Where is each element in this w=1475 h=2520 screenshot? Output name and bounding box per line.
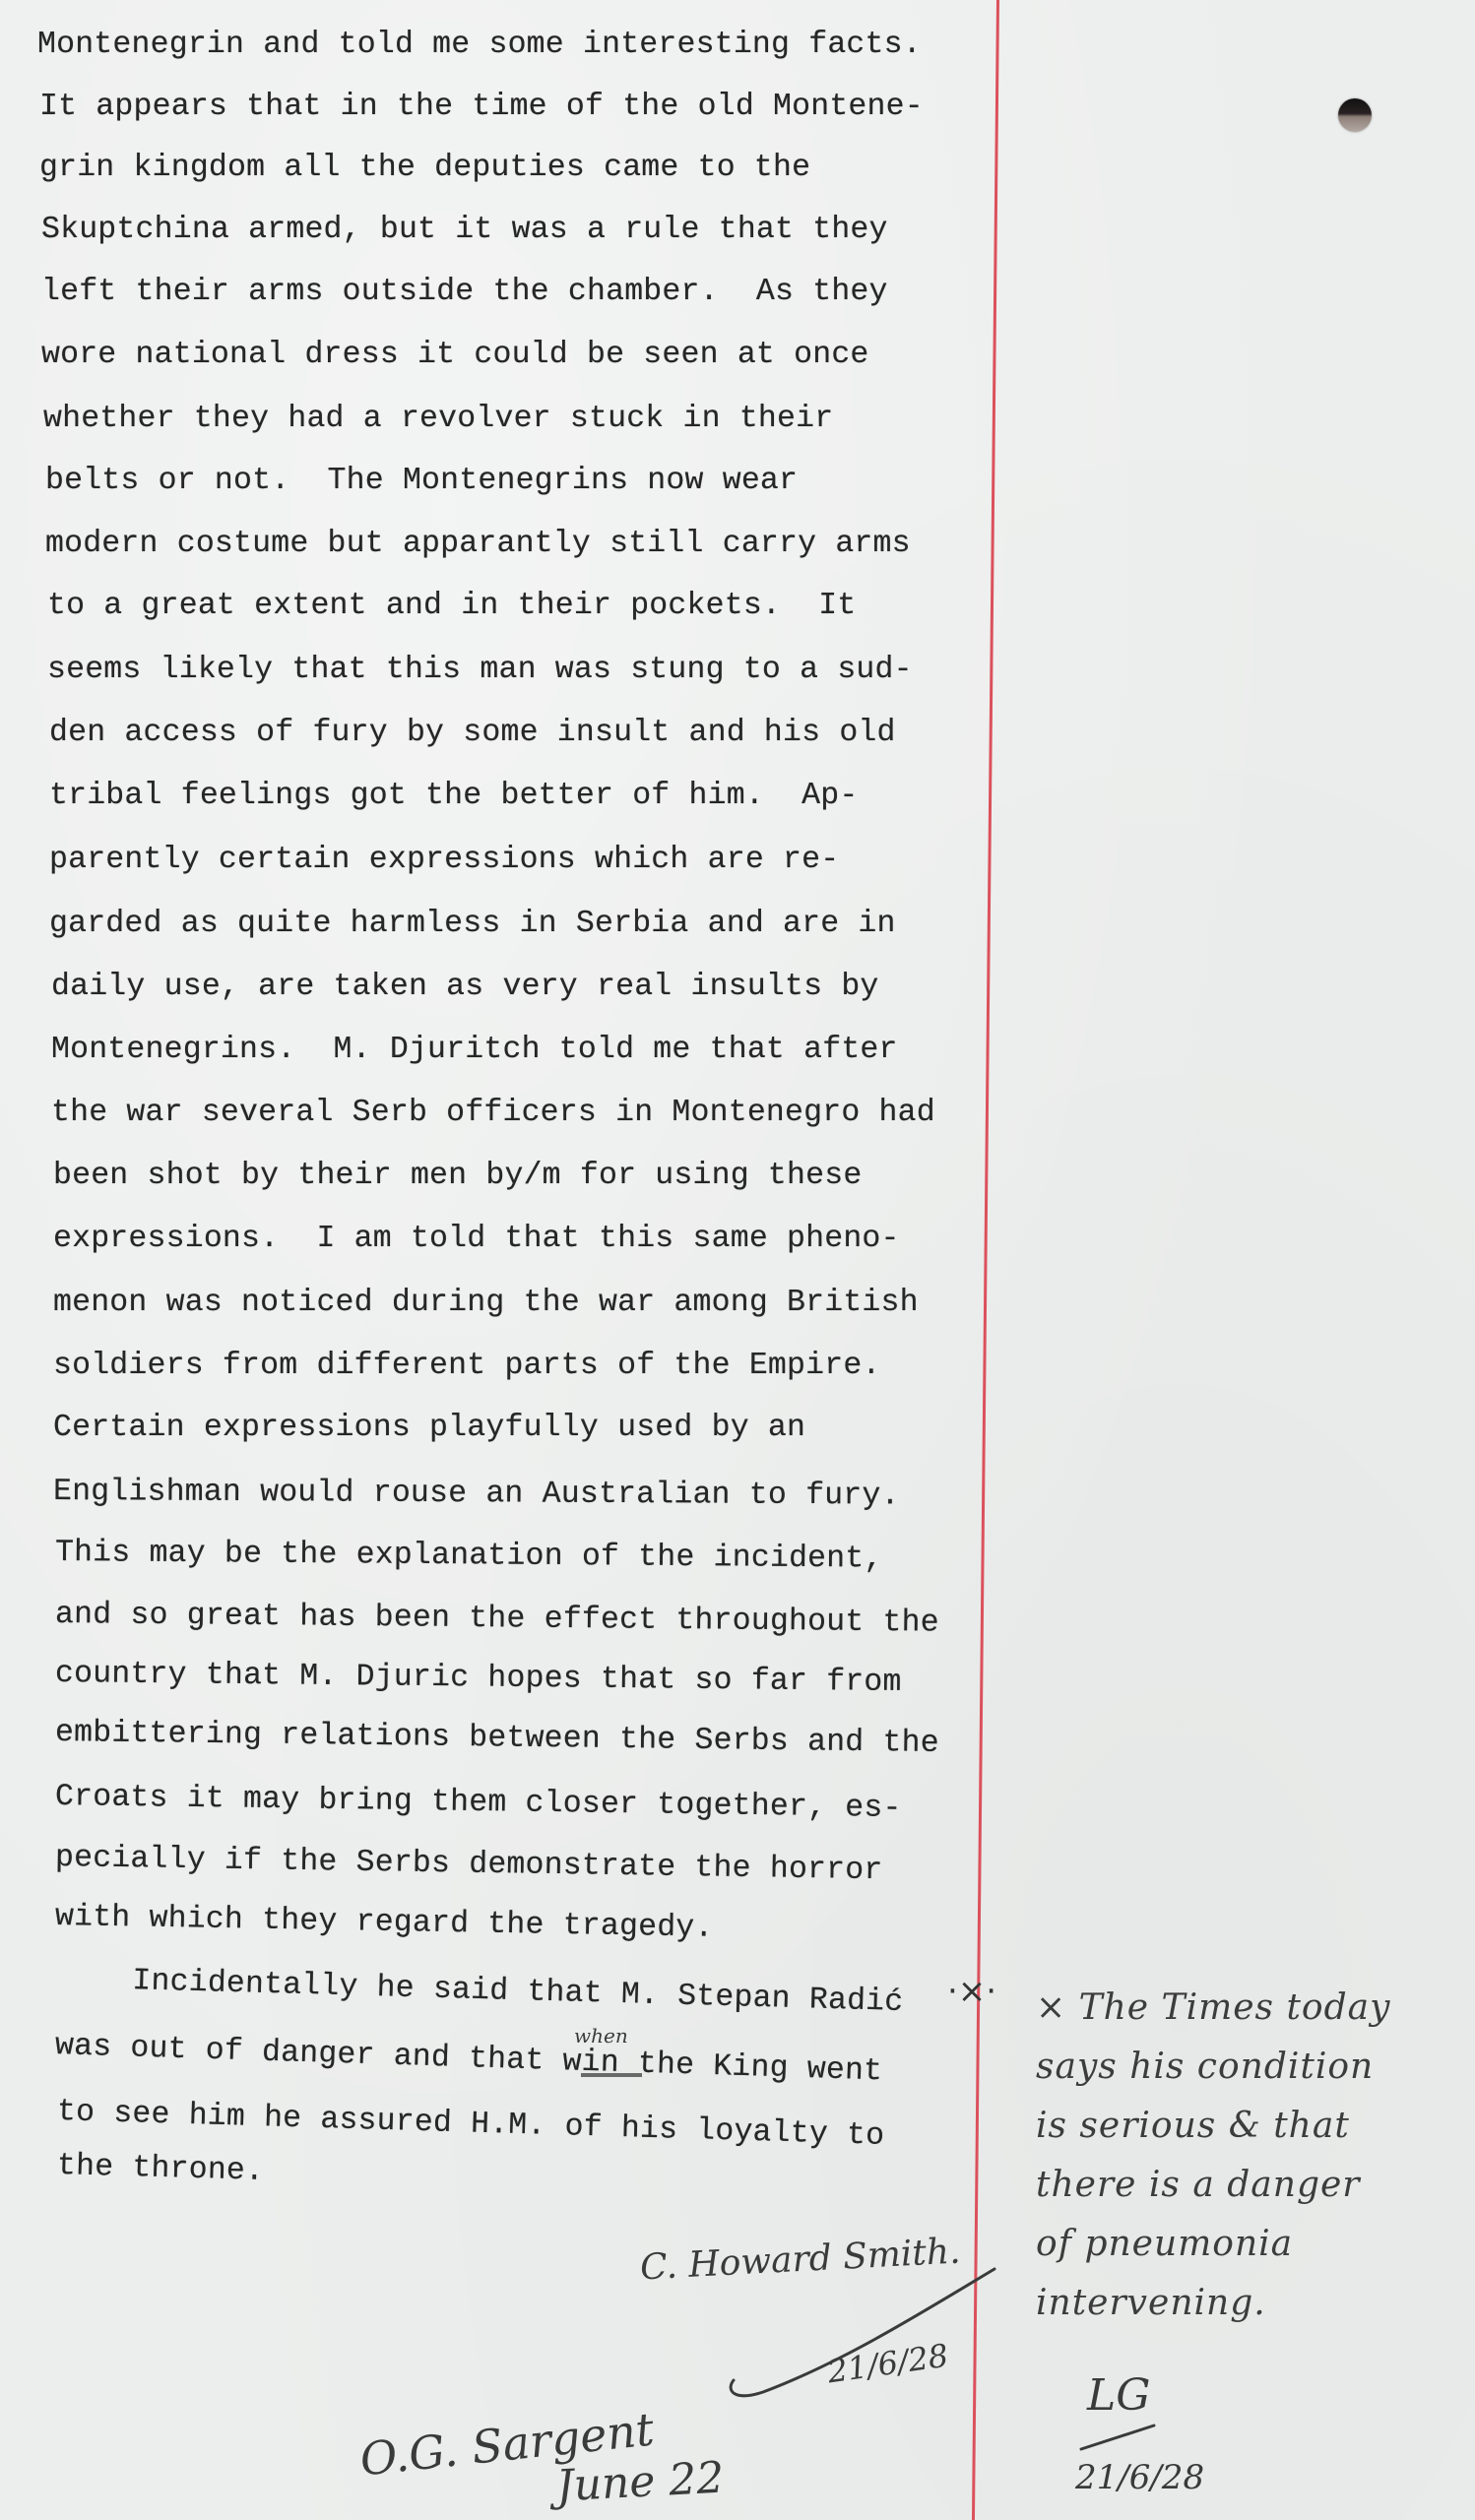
- typed-line: garded as quite harmless in Serbia and a…: [49, 909, 896, 940]
- typed-line: pecially if the Serbs demonstrate the ho…: [55, 1843, 883, 1887]
- typed-line: Skuptchina armed, but it was a rule that…: [41, 215, 888, 246]
- typed-line: Croats it may bring them closer together…: [55, 1782, 902, 1824]
- typed-line: tribal feelings got the better of him. A…: [49, 781, 858, 812]
- typed-line: menon was noticed during the war among B…: [53, 1288, 919, 1319]
- punch-hole: [1338, 98, 1372, 132]
- typed-line: expressions. I am told that this same ph…: [53, 1224, 900, 1255]
- typed-line: with which they regard the tragedy.: [55, 1902, 714, 1944]
- typed-line: country that M. Djuric hopes that so far…: [55, 1659, 902, 1699]
- typed-body-text: Montenegrin and told me some interesting…: [0, 0, 994, 2264]
- minute-initials: LG: [1087, 2374, 1150, 2418]
- typed-line: daily use, are taken as very real insult…: [51, 972, 879, 1003]
- typed-line: modern costume but apparantly still carr…: [45, 529, 911, 560]
- typed-line: belts or not. The Montenegrins now wear: [45, 466, 798, 497]
- typed-line: seems likely that this man was stung to …: [47, 655, 913, 686]
- typed-line: Certain expressions playfully used by an: [53, 1413, 805, 1444]
- typed-line: This may be the explanation of the incid…: [55, 1538, 883, 1575]
- margin-note-line: intervening.: [1036, 2274, 1459, 2333]
- typed-line: and so great has been the effect through…: [55, 1600, 939, 1639]
- typed-line: left their arms outside the chamber. As …: [41, 277, 888, 308]
- document-page: Montenegrin and told me some interesting…: [0, 0, 1475, 2520]
- handwritten-margin-note: × The Times today says his condition is …: [1036, 1979, 1459, 2333]
- typed-line: whether they had a revolver stuck in the…: [43, 404, 833, 435]
- typed-line: It appears that in the time of the old M…: [39, 92, 924, 123]
- typed-line: been shot by their men by/m for using th…: [53, 1161, 862, 1192]
- margin-note-line: of pneumonia: [1036, 2215, 1459, 2274]
- typed-line: to see him he assured H.M. of his loyalt…: [57, 2097, 885, 2152]
- underline-stroke-icon: [1079, 2422, 1158, 2451]
- margin-note-line: there is a danger: [1036, 2156, 1459, 2215]
- typed-line: parently certain expressions which are r…: [49, 845, 839, 876]
- typed-line: Englishman would rouse an Australian to …: [53, 1477, 900, 1512]
- handwritten-insertion: when: [574, 2026, 628, 2046]
- initials-date: 21/6/28: [1075, 2461, 1204, 2494]
- margin-note-line: is serious & that: [1036, 2097, 1459, 2156]
- typed-line: Montenegrin and told me some interesting…: [37, 30, 922, 61]
- typed-line: was out of danger and that win the King …: [55, 2031, 883, 2088]
- typed-line: den access of fury by some insult and hi…: [49, 718, 896, 749]
- typed-line: the war several Serb officers in Montene…: [51, 1098, 935, 1129]
- typed-line: Incidentally he said that M. Stepan Radi…: [57, 1964, 904, 2018]
- typed-line: embittering relations between the Serbs …: [55, 1718, 939, 1759]
- typed-line: to a great extent and in their pockets. …: [47, 591, 856, 622]
- typed-line: Montenegrins. M. Djuritch told me that a…: [51, 1035, 898, 1066]
- asterisk-reference-mark: ·×·: [947, 1972, 996, 2011]
- typed-line: wore national dress it could be seen at …: [41, 340, 869, 371]
- strikethrough-mark: [581, 2073, 642, 2077]
- margin-note-line: × The Times today: [1036, 1979, 1459, 2038]
- reviewer-date: June 22: [555, 2457, 725, 2509]
- typed-line: grin kingdom all the deputies came to th…: [39, 153, 810, 184]
- typed-line: soldiers from different parts of the Emp…: [53, 1351, 881, 1382]
- typed-line: the throne.: [57, 2151, 265, 2187]
- margin-note-line: says his condition: [1036, 2038, 1459, 2097]
